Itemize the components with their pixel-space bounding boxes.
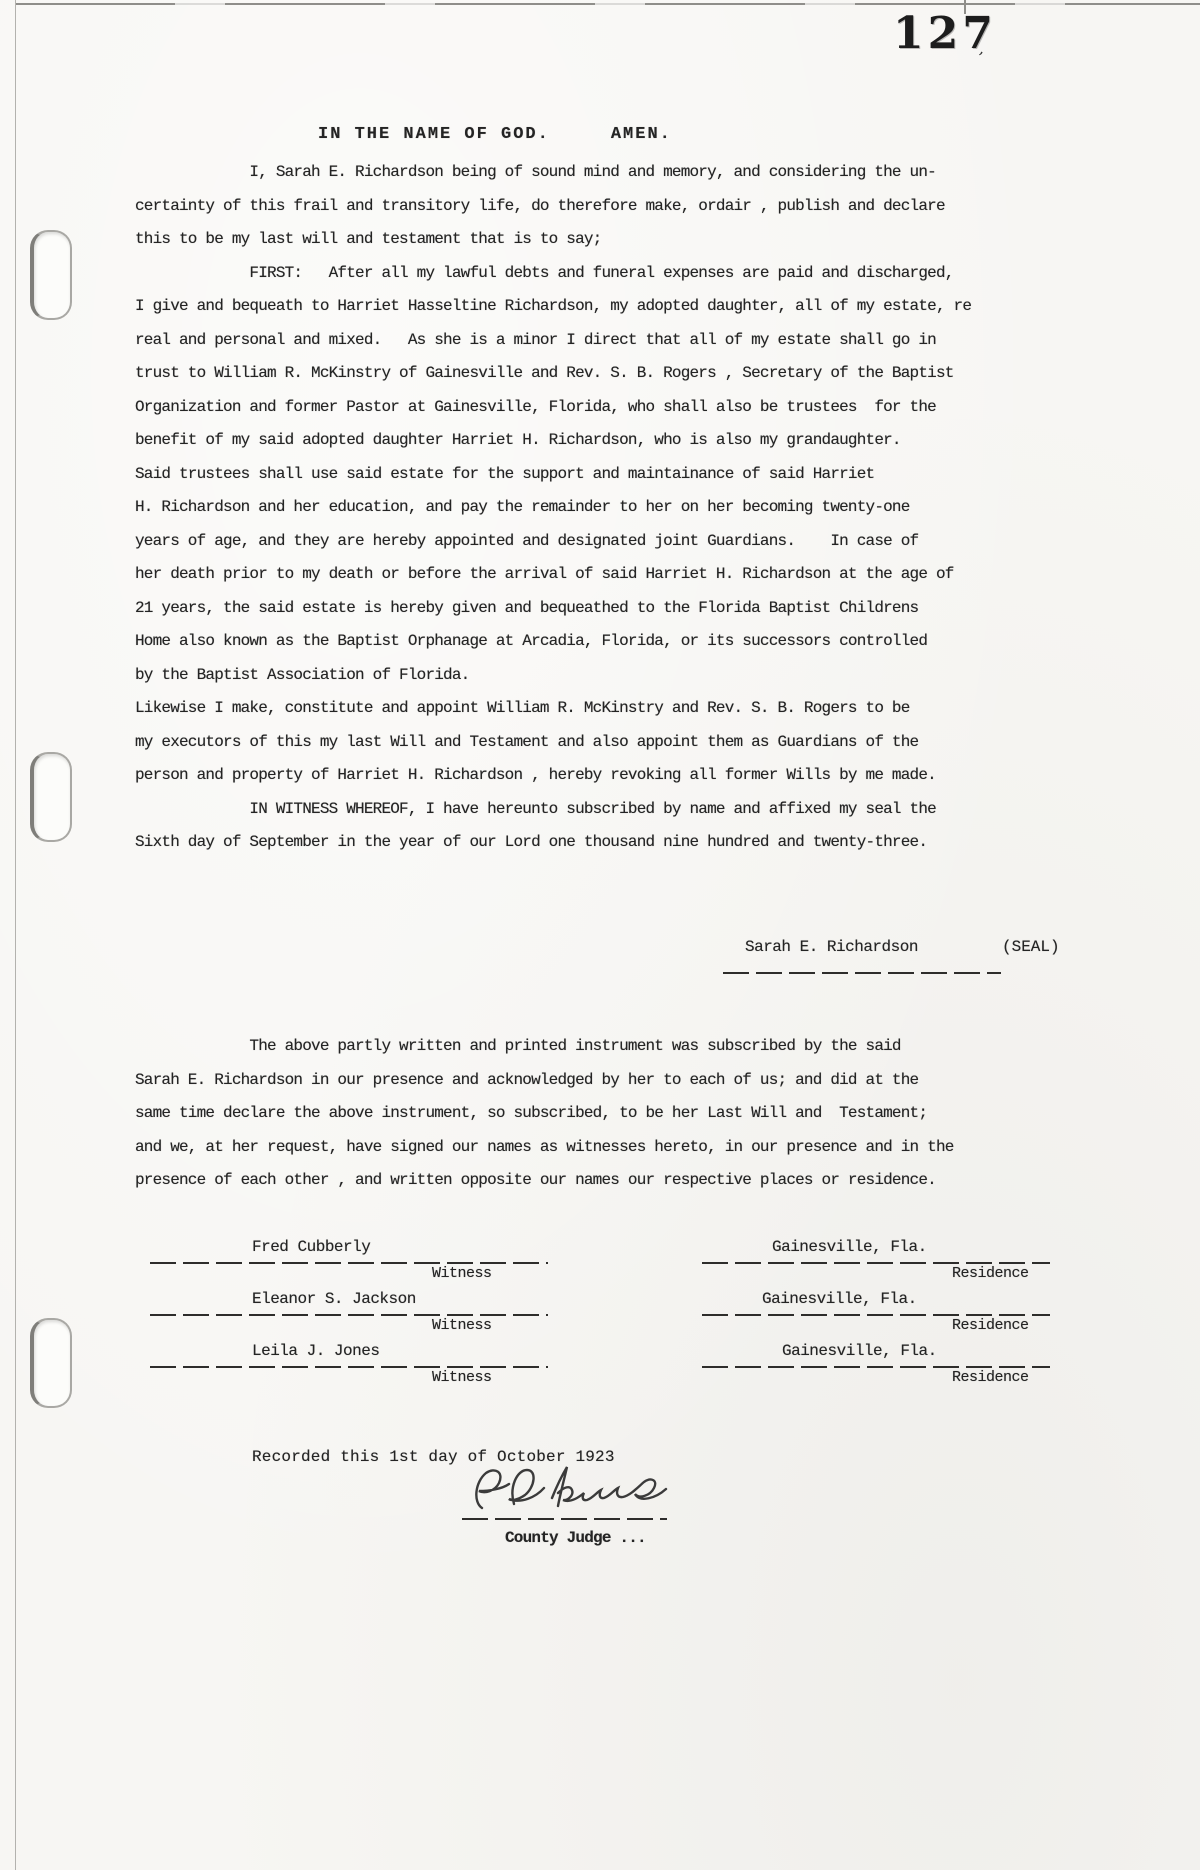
witness-signature-line [150, 1262, 548, 1264]
page-left-border [15, 0, 16, 1870]
will-line: my executors of this my last Will and Te… [135, 726, 971, 760]
handwritten-signature-icon [468, 1462, 668, 1520]
residence-label: Residence [952, 1317, 1029, 1334]
will-line: her death prior to my death or before th… [135, 558, 971, 592]
attestation-line: Sarah E. Richardson in our presence and … [135, 1064, 954, 1098]
will-line: certainty of this frail and transitory l… [135, 190, 971, 224]
will-line: by the Baptist Association of Florida. [135, 659, 971, 693]
will-line: I give and bequeath to Harriet Hasseltin… [135, 290, 971, 324]
witness-label: Witness [432, 1369, 492, 1386]
witness-name: Leila J. Jones [252, 1342, 379, 1360]
seal-label: (SEAL) [1002, 938, 1060, 956]
attestation-line: and we, at her request, have signed our … [135, 1131, 954, 1165]
attestation-text: The above partly written and printed ins… [135, 1030, 954, 1198]
county-judge-signature [468, 1462, 668, 1525]
will-line: I, Sarah E. Richardson being of sound mi… [135, 156, 971, 190]
will-line: IN WITNESS WHEREOF, I have hereunto subs… [135, 793, 971, 827]
scanned-will-page: 127 ’ IN THE NAME OF GOD. AMEN. I, Sarah… [0, 0, 1200, 1870]
county-judge-title: County Judge ... [505, 1522, 646, 1556]
witness-name: Fred Cubberly [252, 1238, 370, 1256]
witness-signature-line [150, 1366, 548, 1368]
witness-label: Witness [432, 1317, 492, 1334]
will-line: trust to William R. McKinstry of Gainesv… [135, 357, 971, 391]
binder-hole-bottom [30, 1318, 72, 1408]
will-line: FIRST: After all my lawful debts and fun… [135, 257, 971, 291]
testator-signature-line [723, 972, 1001, 974]
witness-label: Witness [432, 1265, 492, 1282]
residence-label: Residence [952, 1369, 1029, 1386]
residence-line [702, 1314, 1050, 1316]
testator-signature-name: Sarah E. Richardson [745, 938, 918, 956]
will-line: Sixth day of September in the year of ou… [135, 826, 971, 860]
witness-residence: Gainesville, Fla. [782, 1342, 937, 1360]
will-line: Likewise I make, constitute and appoint … [135, 692, 971, 726]
will-line: years of age, and they are hereby appoin… [135, 525, 971, 559]
binder-hole-top [30, 230, 72, 320]
residence-label: Residence [952, 1265, 1029, 1282]
document-title: IN THE NAME OF GOD. AMEN. [318, 118, 672, 152]
witness-residence: Gainesville, Fla. [762, 1290, 917, 1308]
will-line: Organization and former Pastor at Gaines… [135, 391, 971, 425]
witness-residence: Gainesville, Fla. [772, 1238, 927, 1256]
will-line: 21 years, the said estate is hereby give… [135, 592, 971, 626]
will-line: this to be my last will and testament th… [135, 223, 971, 257]
attestation-line: presence of each other , and written opp… [135, 1164, 954, 1198]
will-line: benefit of my said adopted daughter Harr… [135, 424, 971, 458]
will-line: Home also known as the Baptist Orphanage… [135, 625, 971, 659]
residence-line [702, 1366, 1050, 1368]
residence-line [702, 1262, 1050, 1264]
attestation-line: The above partly written and printed ins… [135, 1030, 954, 1064]
judge-signature-line [462, 1518, 667, 1520]
will-line: person and property of Harriet H. Richar… [135, 759, 971, 793]
attestation-line: same time declare the above instrument, … [135, 1097, 954, 1131]
binder-hole-middle [30, 752, 72, 842]
will-body-text: I, Sarah E. Richardson being of sound mi… [135, 156, 971, 860]
witness-name: Eleanor S. Jackson [252, 1290, 416, 1308]
will-line: Said trustees shall use said estate for … [135, 458, 971, 492]
witness-signature-line [150, 1314, 548, 1316]
will-line: real and personal and mixed. As she is a… [135, 324, 971, 358]
page-top-border [15, 3, 1200, 5]
will-line: H. Richardson and her education, and pay… [135, 491, 971, 525]
